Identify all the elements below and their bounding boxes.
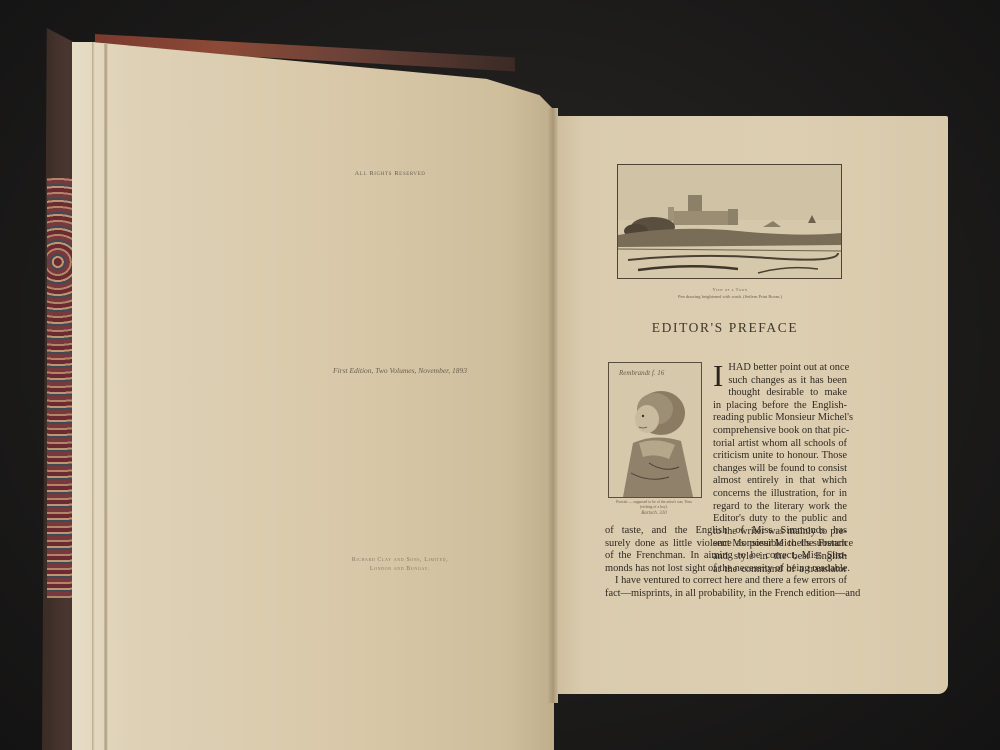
drop-cap: I bbox=[713, 363, 723, 389]
text-line: reading public Monsieur Michel's bbox=[713, 412, 847, 425]
portrait-caption-line-2: (etching of a boy). bbox=[604, 505, 704, 510]
left-page-fold bbox=[104, 44, 108, 750]
printer-imprint: Richard Clay and Sons, Limited, London a… bbox=[310, 556, 490, 574]
text-line: criticism unite to honour. Those bbox=[713, 450, 847, 463]
left-page-edge bbox=[92, 42, 95, 750]
child-portrait-icon: Rembrandt f. 16 bbox=[609, 363, 701, 497]
text-line: Editor's duty to the public and bbox=[713, 513, 847, 526]
printer-line-1: Richard Clay and Sons, Limited, bbox=[310, 556, 490, 565]
text-line: concerns the illustration, for in bbox=[713, 488, 847, 501]
edition-note: First Edition, Two Volumes, November, 18… bbox=[300, 366, 500, 375]
text-line: monds has not lost sight of the necessit… bbox=[605, 563, 847, 576]
book-gutter bbox=[548, 108, 558, 703]
text-line: such changes as it has been bbox=[713, 375, 847, 388]
preface-text-full: of taste, and the English of Miss Simmon… bbox=[605, 525, 847, 601]
text-line: HAD better point out at once bbox=[713, 362, 847, 375]
text-line: torial artist whom all schools of bbox=[713, 438, 847, 451]
plate-description: Pen drawing heightened with wash. (Seile… bbox=[610, 293, 850, 300]
text-line: surely done as little violence as possib… bbox=[605, 538, 847, 551]
text-line: almost entirely in that which bbox=[713, 475, 847, 488]
text-line: thought desirable to make bbox=[713, 387, 847, 400]
text-line: changes will be found to consist bbox=[713, 463, 847, 476]
portrait-etching-image: Rembrandt f. 16 bbox=[608, 362, 702, 498]
text-line: in placing before the English- bbox=[713, 400, 847, 413]
text-line: fact—misprints, in all probability, in t… bbox=[605, 588, 847, 601]
landscape-etching-image bbox=[617, 164, 842, 279]
svg-text:Rembrandt f. 16: Rembrandt f. 16 bbox=[618, 369, 665, 377]
plate-title: View of a Town bbox=[610, 286, 850, 293]
printer-line-2: London and Bungay. bbox=[310, 565, 490, 574]
text-line: of the Frenchman. In aiming to be correc… bbox=[605, 550, 847, 563]
left-page bbox=[72, 42, 554, 750]
landscape-drawing-icon bbox=[618, 165, 841, 278]
text-line: I have ventured to correct here and ther… bbox=[605, 575, 847, 588]
text-line: regard to the literary work the bbox=[713, 501, 847, 514]
plate-caption: View of a Town Pen drawing heightened wi… bbox=[610, 286, 850, 300]
text-line: comprehensive book on that pic- bbox=[713, 425, 847, 438]
portrait-caption: Portrait — supposed to be of the artist'… bbox=[604, 500, 704, 510]
portrait-reference: Bartsch. 310 bbox=[604, 511, 704, 516]
chapter-heading: EDITOR'S PREFACE bbox=[600, 320, 850, 336]
photo-scene: All Rights Reserved First Edition, Two V… bbox=[0, 0, 1000, 750]
rights-notice: All Rights Reserved bbox=[300, 170, 480, 177]
text-line: of taste, and the English of Miss Simmon… bbox=[605, 525, 847, 538]
marbled-endpaper bbox=[47, 178, 74, 598]
